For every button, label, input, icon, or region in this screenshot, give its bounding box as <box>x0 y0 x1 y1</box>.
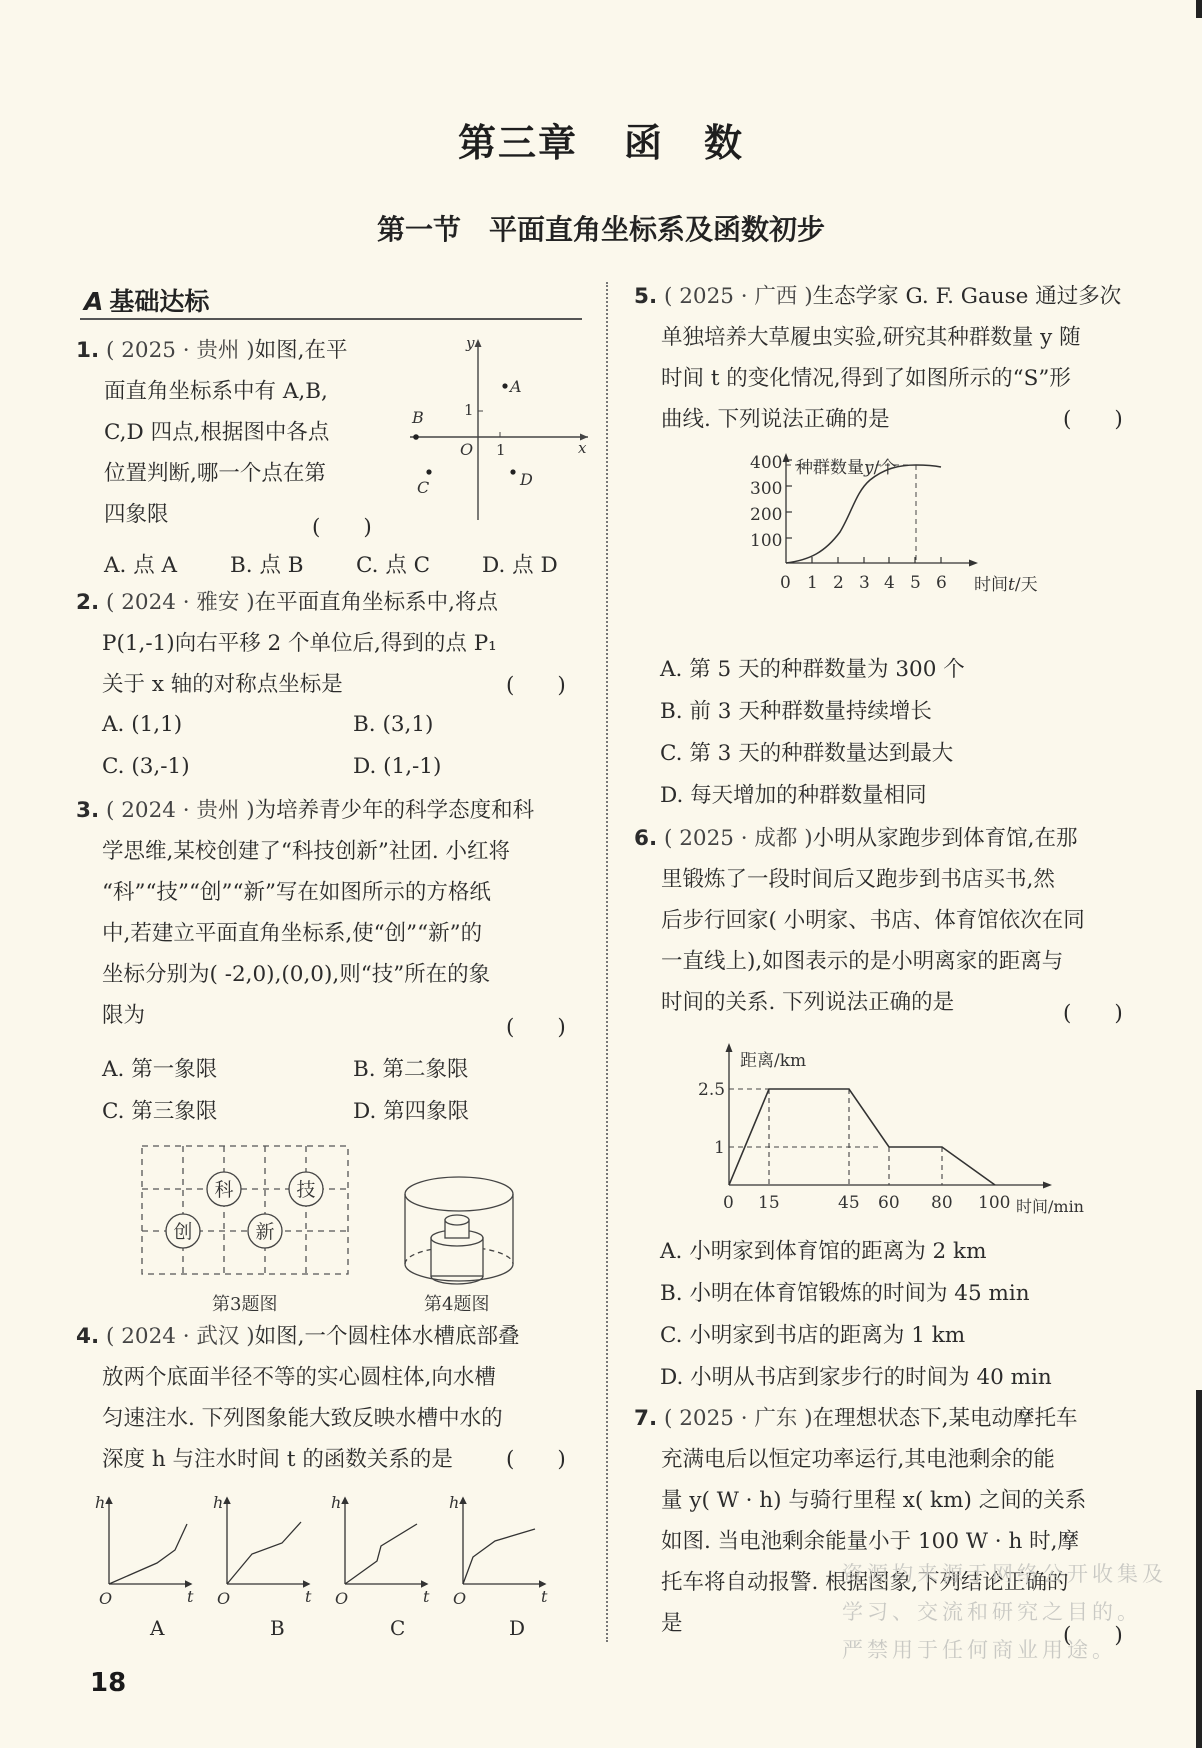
option-d[interactable]: D. 小明从书店到家步行的时间为 40 min <box>660 1360 1052 1391</box>
svg-text:t: t <box>305 1587 312 1606</box>
section-title: 第一节 平面直角坐标系及函数初步 <box>0 208 1202 248</box>
svg-text:C: C <box>417 478 429 497</box>
svg-text:200: 200 <box>750 505 782 525</box>
question-text: P(1,-1)向右平移 2 个单位后,得到的点 P₁ <box>76 623 498 664</box>
question-text: 限为 <box>76 995 534 1036</box>
svg-text:种群数量y/个: 种群数量y/个 <box>796 458 896 478</box>
question-text: 为培养青少年的科学态度和科 <box>255 798 535 823</box>
question-number: 6. <box>634 826 657 851</box>
question-text: 如图. 当电池剩余能量小于 100 W · h 时,摩 <box>634 1521 1086 1562</box>
question-number: 4. <box>76 1324 99 1349</box>
svg-text:60: 60 <box>878 1193 900 1213</box>
answer-blank[interactable]: ( ) <box>506 668 566 699</box>
question-number: 5. <box>634 284 657 309</box>
svg-text:2.5: 2.5 <box>698 1080 725 1100</box>
svg-text:45: 45 <box>838 1193 860 1213</box>
option-a[interactable]: A. (1,1) <box>102 712 182 737</box>
question-text: 面直角坐标系中有 A,B, <box>76 371 348 412</box>
question-1: 1. ( 2025 · 贵州 )如图,在平 面直角坐标系中有 A,B, C,D … <box>76 330 348 535</box>
svg-text:O: O <box>99 1589 112 1606</box>
section-rule <box>80 318 582 320</box>
graph-label-d[interactable]: D <box>509 1616 525 1640</box>
question-text: 充满电后以恒定功率运行,其电池剩余的能 <box>634 1439 1086 1480</box>
svg-text:h: h <box>95 1493 105 1512</box>
svg-text:t: t <box>541 1587 548 1606</box>
y-axis-label: y <box>465 335 475 352</box>
question-2: 2. ( 2024 · 雅安 )在平面直角坐标系中,将点 P(1,-1)向右平移… <box>76 582 498 705</box>
svg-text:A: A <box>508 377 522 396</box>
svg-text:O: O <box>460 440 473 459</box>
section-letter: A <box>84 287 103 316</box>
question-text: 时间 t 的变化情况,得到了如图所示的“S”形 <box>634 358 1121 399</box>
question-text: 在平面直角坐标系中,将点 <box>255 590 498 615</box>
question-source: ( 2025 · 贵州 ) <box>106 338 255 363</box>
chapter-word-1: 函 <box>624 112 664 167</box>
scan-edge <box>1196 1390 1202 1748</box>
question-text: C,D 四点,根据图中各点 <box>76 412 348 453</box>
question-text: 小明从家跑步到体育馆,在那 <box>813 826 1078 851</box>
svg-text:B: B <box>411 408 424 427</box>
svg-text:h: h <box>331 1493 341 1512</box>
question-text: 一直线上),如图表示的是小明离家的距离与 <box>634 941 1085 982</box>
answer-blank[interactable]: ( ) <box>506 1442 566 1473</box>
question-text: 放两个底面半径不等的实心圆柱体,向水槽 <box>76 1357 520 1398</box>
svg-text:t: t <box>423 1587 430 1606</box>
q1-coordinate-figure: y x O 1 1 A B C D <box>400 335 600 525</box>
question-text: 深度 h 与注水时间 t 的函数关系的是 <box>76 1439 520 1480</box>
q5-s-curve-chart: 100200300400 0123 456 种群数量y/个 时间t/天 <box>740 452 1110 642</box>
question-source: ( 2024 · 雅安 ) <box>106 590 255 615</box>
question-number: 7. <box>634 1406 657 1431</box>
question-6: 6. ( 2025 · 成都 )小明从家跑步到体育馆,在那 里锻炼了一段时间后又… <box>634 818 1085 1023</box>
option-b[interactable]: B. 第二象限 <box>353 1052 468 1083</box>
option-d[interactable]: D. 点 D <box>482 548 558 579</box>
svg-text:1: 1 <box>464 401 474 419</box>
question-text: 曲线. 下列说法正确的是 <box>634 399 1121 440</box>
q6-distance-time-chart: 2.51 01545 6080100 距离/km 时间/min <box>694 1040 1114 1220</box>
question-source: ( 2025 · 广东 ) <box>664 1406 813 1431</box>
question-3: 3. ( 2024 · 贵州 )为培养青少年的科学态度和科 学思维,某校创建了“… <box>76 790 534 1036</box>
option-d[interactable]: D. 第四象限 <box>353 1094 469 1125</box>
answer-blank[interactable]: ( ) <box>312 510 372 541</box>
option-a[interactable]: A. 第一象限 <box>102 1052 217 1083</box>
question-text: 关于 x 轴的对称点坐标是 <box>76 664 498 705</box>
question-text: 如图,一个圆柱体水槽底部叠 <box>255 1324 520 1349</box>
question-text: 四象限 <box>76 494 348 535</box>
svg-text:3: 3 <box>859 573 870 593</box>
svg-text:O: O <box>453 1589 466 1606</box>
question-text: 单独培养大草履虫实验,研究其种群数量 y 随 <box>634 317 1121 358</box>
q3-grid-figure: 科技 创新 <box>138 1142 362 1282</box>
svg-text:15: 15 <box>758 1193 780 1213</box>
option-a[interactable]: A. 小明家到体育馆的距离为 2 km <box>660 1234 986 1265</box>
svg-text:1: 1 <box>714 1138 725 1158</box>
watermark-line: 严禁用于任何商业用途。 <box>842 1634 1117 1664</box>
svg-text:300: 300 <box>750 479 782 499</box>
question-text: 如图,在平 <box>255 338 348 363</box>
question-text: 里锻炼了一段时间后又跑步到书店买书,然 <box>634 859 1085 900</box>
svg-text:4: 4 <box>884 573 895 593</box>
question-text: 学思维,某校创建了“科技创新”社团. 小红将 <box>76 831 534 872</box>
svg-text:5: 5 <box>910 573 921 593</box>
question-source: ( 2025 · 广西 ) <box>664 284 813 309</box>
svg-text:距离/km: 距离/km <box>740 1051 806 1071</box>
question-text: 匀速注水. 下列图象能大致反映水槽中水的 <box>76 1398 520 1439</box>
question-number: 1. <box>76 338 99 363</box>
svg-text:技: 技 <box>296 1179 315 1201</box>
svg-text:O: O <box>335 1589 348 1606</box>
question-source: ( 2024 · 贵州 ) <box>106 798 255 823</box>
question-number: 2. <box>76 590 99 615</box>
option-a[interactable]: A. 第 5 天的种群数量为 300 个 <box>660 652 965 683</box>
option-b[interactable]: B. 小明在体育馆锻炼的时间为 45 min <box>660 1276 1030 1307</box>
svg-text:创: 创 <box>173 1221 192 1243</box>
svg-text:时间/min: 时间/min <box>1016 1197 1084 1216</box>
question-text: 量 y( W · h) 与骑行里程 x( km) 之间的关系 <box>634 1480 1086 1521</box>
scan-edge <box>1196 0 1202 18</box>
option-d[interactable]: D. (1,-1) <box>353 754 441 779</box>
graph-label-b[interactable]: B <box>270 1616 285 1640</box>
question-number: 3. <box>76 798 99 823</box>
graph-label-c[interactable]: C <box>390 1616 405 1640</box>
answer-blank[interactable]: ( ) <box>506 1010 566 1041</box>
option-c[interactable]: C. (3,-1) <box>102 754 190 779</box>
chapter-word-2: 数 <box>704 112 744 167</box>
svg-text:6: 6 <box>936 573 947 593</box>
question-text: 位置判断,哪一个点在第 <box>76 453 348 494</box>
question-text: 生态学家 G. F. Gause 通过多次 <box>813 284 1122 309</box>
section-label: 基础达标 <box>109 287 209 316</box>
q4-option-graphs: hhhh OOOO tttt <box>95 1488 575 1606</box>
chapter-title: 第三章函数 <box>0 112 1202 167</box>
svg-text:100: 100 <box>978 1193 1010 1213</box>
svg-text:新: 新 <box>255 1221 274 1243</box>
question-text: 时间的关系. 下列说法正确的是 <box>634 982 1085 1023</box>
option-c[interactable]: C. 第三象限 <box>102 1094 217 1125</box>
svg-text:D: D <box>519 470 533 489</box>
svg-text:100: 100 <box>750 531 782 551</box>
answer-blank[interactable]: ( ) <box>1063 996 1123 1027</box>
answer-blank[interactable]: ( ) <box>1063 402 1123 433</box>
svg-text:0: 0 <box>780 573 791 593</box>
question-source: ( 2024 · 武汉 ) <box>106 1324 255 1349</box>
watermark-line: 资源均来源于网络公开收集及 <box>842 1558 1167 1588</box>
question-text: 后步行回家( 小明家、书店、体育馆依次在同 <box>634 900 1085 941</box>
page-number: 18 <box>90 1668 126 1698</box>
svg-text:O: O <box>217 1589 230 1606</box>
question-text: 中,若建立平面直角坐标系,使“创”“新”的 <box>76 913 534 954</box>
question-text: 在理想状态下,某电动摩托车 <box>813 1406 1078 1431</box>
option-b[interactable]: B. 点 B <box>230 548 304 579</box>
svg-text:h: h <box>213 1493 223 1512</box>
svg-text:时间t/天: 时间t/天 <box>974 575 1038 595</box>
watermark-line: 学习、交流和研究之目的。 <box>842 1596 1142 1626</box>
option-c[interactable]: C. 点 C <box>356 548 430 579</box>
figure-caption-3: 第3题图 <box>212 1290 277 1316</box>
option-c[interactable]: C. 小明家到书店的距离为 1 km <box>660 1318 965 1349</box>
graph-label-a[interactable]: A <box>150 1616 164 1640</box>
figure-caption-4: 第4题图 <box>424 1290 489 1316</box>
option-a[interactable]: A. 点 A <box>104 548 177 579</box>
grid-char-ke: 科 <box>214 1179 233 1201</box>
option-b[interactable]: B. 前 3 天种群数量持续增长 <box>660 694 932 725</box>
section-a-heading: A基础达标 <box>84 282 209 318</box>
svg-text:t: t <box>187 1587 194 1606</box>
svg-text:1: 1 <box>496 441 506 459</box>
svg-text:x: x <box>578 439 587 457</box>
question-source: ( 2025 · 成都 ) <box>664 826 813 851</box>
column-divider <box>606 282 608 1642</box>
option-c[interactable]: C. 第 3 天的种群数量达到最大 <box>660 736 953 767</box>
svg-text:0: 0 <box>723 1193 734 1213</box>
question-4: 4. ( 2024 · 武汉 )如图,一个圆柱体水槽底部叠 放两个底面半径不等的… <box>76 1316 520 1480</box>
chapter-label: 第三章 <box>458 112 578 167</box>
svg-text:h: h <box>449 1493 459 1512</box>
question-text: “科”“技”“创”“新”写在如图所示的方格纸 <box>76 872 534 913</box>
svg-text:2: 2 <box>833 573 844 593</box>
svg-text:1: 1 <box>807 573 818 593</box>
question-5: 5. ( 2025 · 广西 )生态学家 G. F. Gause 通过多次 单独… <box>634 276 1121 440</box>
svg-text:400: 400 <box>750 453 782 473</box>
question-text: 坐标分别为( -2,0),(0,0),则“技”所在的象 <box>76 954 534 995</box>
option-d[interactable]: D. 每天增加的种群数量相同 <box>660 778 927 809</box>
q4-cylinder-figure <box>395 1172 525 1287</box>
option-b[interactable]: B. (3,1) <box>353 712 433 737</box>
svg-text:80: 80 <box>931 1193 953 1213</box>
